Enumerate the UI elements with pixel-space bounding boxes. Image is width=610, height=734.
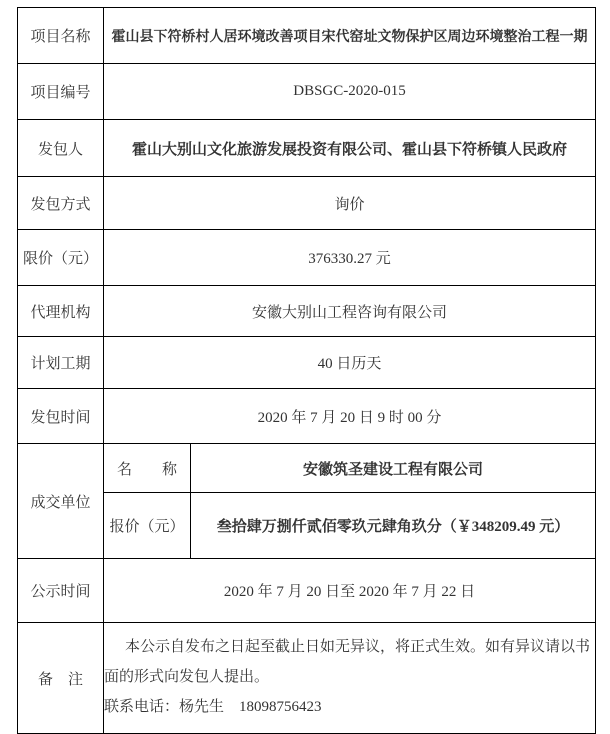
agency-value: 安徽大别山工程咨询有限公司 (104, 286, 596, 337)
table-row-employer: 发包人 霍山大别山文化旅游发展投资有限公司、霍山县下符桥镇人民政府 (18, 120, 596, 177)
table-row-winner-name: 成交单位 名 称 安徽筑圣建设工程有限公司 (18, 444, 596, 493)
table-row-project-number: 项目编号 DBSGC-2020-015 (18, 64, 596, 120)
employer-value: 霍山大别山文化旅游发展投资有限公司、霍山县下符桥镇人民政府 (104, 120, 596, 177)
table-row-contract-method: 发包方式 询价 (18, 177, 596, 230)
announcement-table: 项目名称 霍山县下符桥村人居环境改善项目宋代窑址文物保护区周边环境整治工程一期 … (17, 7, 596, 734)
winner-name-label: 名 称 (104, 444, 191, 493)
table-row-publicity-time: 公示时间 2020 年 7 月 20 日至 2020 年 7 月 22 日 (18, 559, 596, 623)
table-row-remark: 备 注 本公示自发布之日起至截止日如无异议，将正式生效。如有异议请以书面的形式向… (18, 623, 596, 734)
project-name-label: 项目名称 (18, 8, 104, 64)
table-row-planned-duration: 计划工期 40 日历天 (18, 337, 596, 389)
table-row-agency: 代理机构 安徽大别山工程咨询有限公司 (18, 286, 596, 337)
price-limit-label: 限价（元） (18, 230, 104, 286)
publicity-time-label: 公示时间 (18, 559, 104, 623)
contract-method-value: 询价 (104, 177, 596, 230)
planned-duration-value: 40 日历天 (104, 337, 596, 389)
winner-label: 成交单位 (18, 444, 104, 559)
project-name-value: 霍山县下符桥村人居环境改善项目宋代窑址文物保护区周边环境整治工程一期 (104, 8, 596, 64)
contract-time-value: 2020 年 7 月 20 日 9 时 00 分 (104, 389, 596, 444)
employer-label: 发包人 (18, 120, 104, 177)
contract-time-label: 发包时间 (18, 389, 104, 444)
contract-method-label: 发包方式 (18, 177, 104, 230)
winner-name-value: 安徽筑圣建设工程有限公司 (191, 444, 596, 493)
project-number-value: DBSGC-2020-015 (104, 64, 596, 120)
remark-contact-line: 联系电话：杨先生 18098756423 (104, 692, 595, 722)
agency-label: 代理机构 (18, 286, 104, 337)
remark-paragraph: 本公示自发布之日起至截止日如无异议，将正式生效。如有异议请以书面的形式向发包人提… (104, 632, 596, 692)
table-row-price-limit: 限价（元） 376330.27 元 (18, 230, 596, 286)
table-row-contract-time: 发包时间 2020 年 7 月 20 日 9 时 00 分 (18, 389, 596, 444)
project-number-label: 项目编号 (18, 64, 104, 120)
table-row-winner-price: 报价（元） 叁拾肆万捌仟贰佰零玖元肆角玖分（￥348209.49 元） (18, 493, 596, 559)
publicity-time-value: 2020 年 7 月 20 日至 2020 年 7 月 22 日 (104, 559, 596, 623)
page: { "page": { "background_color": "#ffffff… (0, 0, 610, 733)
remark-value: 本公示自发布之日起至截止日如无异议，将正式生效。如有异议请以书面的形式向发包人提… (104, 623, 596, 734)
winner-price-label: 报价（元） (104, 493, 191, 559)
planned-duration-label: 计划工期 (18, 337, 104, 389)
price-limit-value: 376330.27 元 (104, 230, 596, 286)
table-row-project-name: 项目名称 霍山县下符桥村人居环境改善项目宋代窑址文物保护区周边环境整治工程一期 (18, 8, 596, 64)
remark-label: 备 注 (18, 623, 104, 734)
winner-price-value: 叁拾肆万捌仟贰佰零玖元肆角玖分（￥348209.49 元） (191, 493, 596, 559)
